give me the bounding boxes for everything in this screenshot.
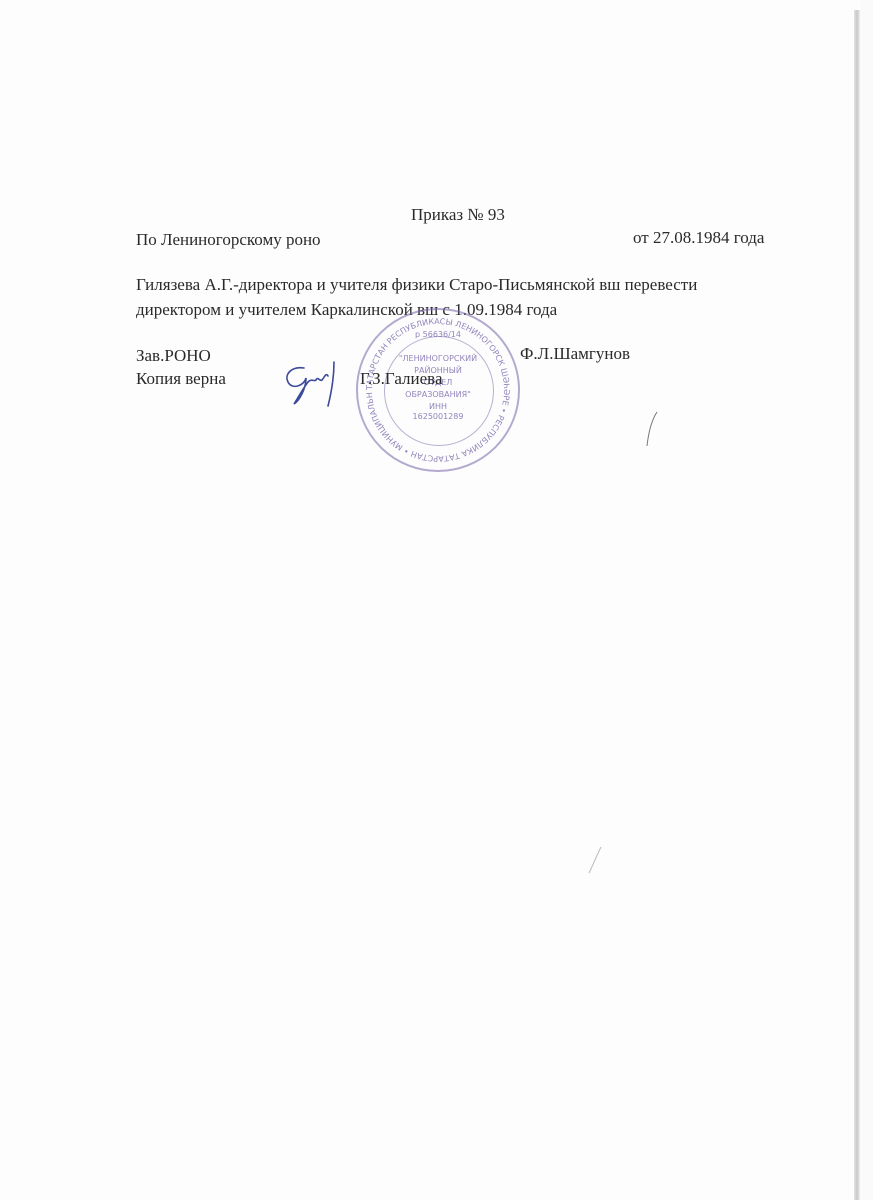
pen-mark-icon bbox=[643, 410, 659, 450]
issuing-authority: По Лениногорскому роно bbox=[136, 230, 321, 250]
official-stamp: ТАТАРСТАН РЕСПУБЛИКАСЫ ЛЕНИНОГОРСК ШӘҺӘР… bbox=[356, 308, 520, 472]
stamp-center-4: ОБРАЗОВАНИЯ" bbox=[358, 390, 518, 400]
stamp-inn-label: ИНН bbox=[358, 402, 518, 412]
scan-speck-icon bbox=[585, 845, 605, 875]
signer-name: Ф.Л.Шамгунов bbox=[520, 344, 630, 364]
copy-label: Копия верна bbox=[136, 369, 226, 389]
stamp-center-1: "ЛЕНИНОГОРСКИЙ bbox=[358, 354, 518, 364]
stamp-reg-no: р 56636/14 bbox=[358, 330, 518, 340]
order-title: Приказ № 93 bbox=[411, 205, 505, 225]
scan-margin bbox=[860, 0, 873, 1200]
stamp-inn: 1625001289 bbox=[358, 412, 518, 422]
signer-role: Зав.РОНО bbox=[136, 346, 211, 366]
order-body-line-1: Гилязева А.Г.-директора и учителя физики… bbox=[136, 275, 697, 295]
order-date: от 27.08.1984 года bbox=[633, 228, 764, 248]
document-page bbox=[0, 0, 858, 1200]
handwritten-signature-icon bbox=[282, 360, 352, 410]
copy-certifier: Г.З.Галиева bbox=[360, 369, 443, 389]
